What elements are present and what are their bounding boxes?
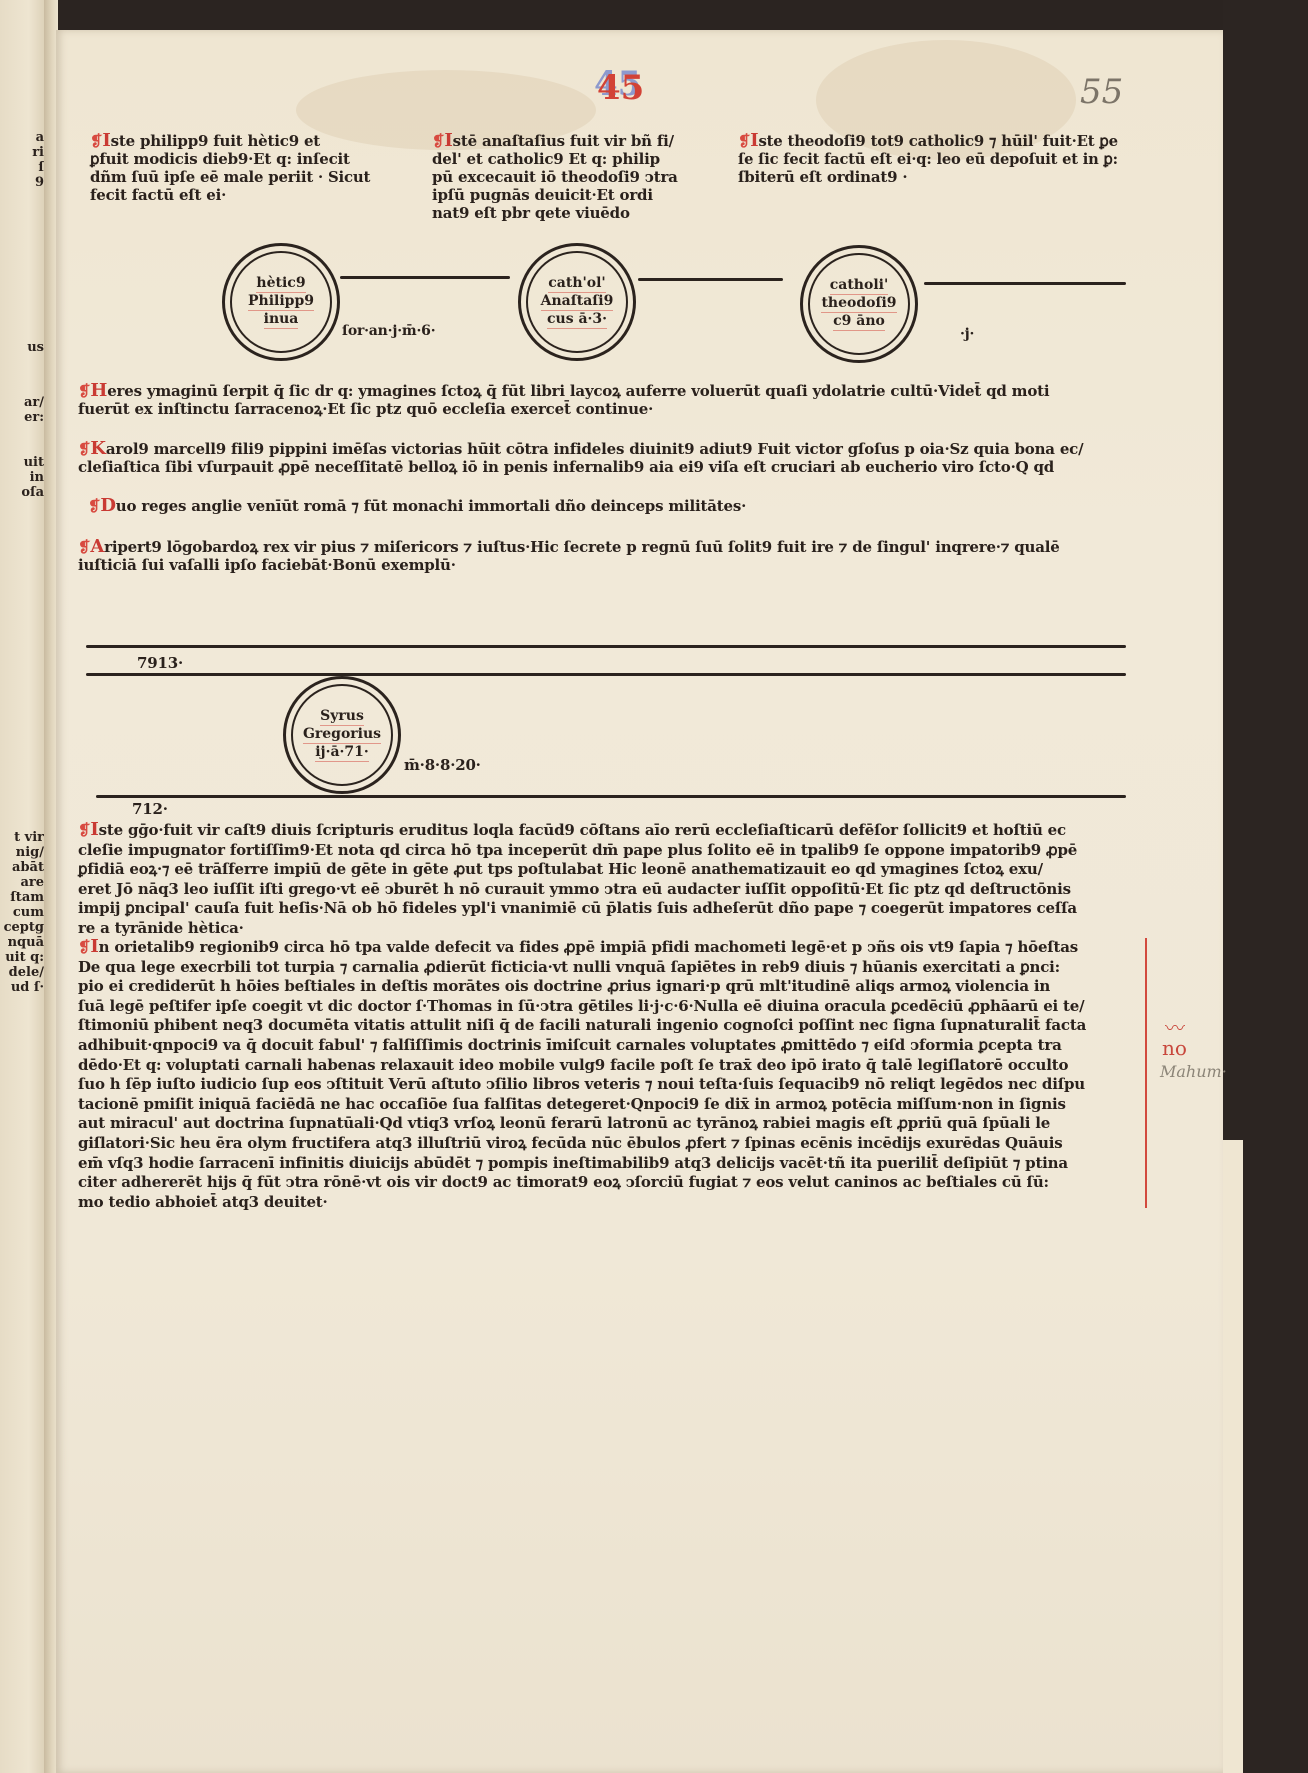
rubricated-initial: I	[90, 819, 98, 840]
rubricated-initial: H	[90, 380, 107, 401]
paragraph-mark-icon: ❡	[78, 538, 90, 556]
text-line: nat9 eſt pbr qete viuēdo	[432, 204, 678, 222]
rule-line	[96, 795, 1126, 798]
text-line: ❡Iste gḡo·fuit vir caſt9 diuis ſcripturi…	[78, 820, 1077, 841]
text-line: ❡Istē anaſtaſius fuit vir bñ fi/	[432, 132, 678, 150]
reign-note-philippus: ſor·an·j·m̄·6·	[342, 322, 435, 340]
paragraph-english-kings: ❡Duo reges anglie venīūt romā ⁊ fūt mona…	[88, 497, 746, 515]
paragraph-mark-icon: ❡	[90, 132, 102, 150]
text-line: ❡Karol9 marcell9 fili9 pippini imēſas vi…	[78, 440, 1083, 458]
rubricated-initial: K	[90, 438, 105, 459]
column-philippus: ❡Iste philipp9 fuit hètic9 etꝑfuit modic…	[90, 132, 372, 204]
rubricated-initial: I	[102, 130, 110, 151]
text-line: re a tyrānide hètica·	[78, 919, 1077, 939]
text-line: em̄ vſq3 hodie ſarracenī infinitis diuic…	[78, 1154, 1086, 1174]
fragment-text: ri	[32, 145, 44, 160]
margin-note-no: no	[1162, 1036, 1187, 1060]
section-number: 712·	[132, 800, 168, 818]
fragment-text: ar/	[24, 395, 44, 410]
folio-number: 55	[1080, 72, 1123, 112]
text-line: adhibuit·qnpoci9 va q̄ docuit fabul' ⁊ f…	[78, 1036, 1086, 1056]
reign-note-theodosius: ·j·	[960, 325, 974, 343]
roundel-line: hètic9	[256, 275, 305, 293]
margin-note-mahum: Mahum·	[1160, 1062, 1227, 1081]
fragment-text: cum	[13, 905, 44, 920]
roundel-line: ij·ā·71·	[315, 744, 369, 762]
roundel-line: cath'ol'	[548, 275, 605, 293]
roundel-gregorius: Syrus Gregorius ij·ā·71·	[283, 676, 401, 794]
previous-page-edge: ariſ9usar/er:uitinoſat virnig/abātareſta…	[0, 0, 48, 1773]
roundel-anastasius: cath'ol' Anaſtaſi9 cus ā·3·	[518, 243, 636, 361]
text-line: ꝑfidiā eoꝝ·⁊ eē trāſferre impiū de gēte …	[78, 860, 1077, 880]
fragment-text: us	[27, 340, 44, 355]
roundel-line: Syrus	[320, 708, 364, 726]
fragment-text: 9	[35, 175, 44, 190]
roundel-line: inua	[264, 311, 299, 329]
text-line: impij ꝑncipal' cauſa fuit heſis·Nā ob hō…	[78, 899, 1077, 919]
fragment-text: are	[20, 875, 44, 890]
text-line: aut miracul' aut doctrina ſupnatūali·Qd …	[78, 1114, 1086, 1134]
text-line: ❡In orietalib9 regionib9 circa hō tpa va…	[78, 937, 1086, 958]
paragraph-aripert: ❡Aripert9 lōgobardoꝝ rex vir pius ⁊ miſe…	[78, 538, 1060, 574]
text-line: del' et catholic9 Et q: philip	[432, 150, 678, 168]
text-line: ❡Aripert9 lōgobardoꝝ rex vir pius ⁊ miſe…	[78, 538, 1060, 556]
text-line: cleſie impugnator fortiſſim9·Et nota qd …	[78, 841, 1077, 861]
rubricated-initial: I	[444, 130, 452, 151]
text-line: pio ei crediderūt h hōies beſtiales in d…	[78, 977, 1086, 997]
paragraph-mark-icon: ❡	[78, 382, 90, 400]
text-line: fuerūt ex inſtinctu ſarracenoꝝ·Et ſic pt…	[78, 400, 1049, 418]
text-line: tacionē pmiſit iniquā faciēdā ne hac occ…	[78, 1095, 1086, 1115]
paragraph-mark-icon: ❡	[432, 132, 444, 150]
text-line: ſe ſic fecit factū eſt ei·q: leo eū depo…	[738, 150, 1118, 168]
reign-note-gregorius: m̄·8·8·20·	[404, 756, 481, 774]
text-line: ſuo h ſēp iuſto iudicio ſup eos ↄſtituit…	[78, 1075, 1086, 1095]
paragraph-mark-icon: ❡	[78, 821, 90, 839]
margin-bracket	[1145, 938, 1155, 1208]
text-line: ❡Iste philipp9 fuit hètic9 et	[90, 132, 372, 150]
column-anastasius: ❡Istē anaſtaſius fuit vir bñ fi/del' et …	[432, 132, 678, 222]
fragment-text: in	[30, 470, 44, 485]
rubricated-initial: A	[90, 536, 104, 557]
text-line: ſbiterū eſt ordinat9 ·	[738, 168, 1127, 186]
text-line: dēdo·Et q: voluptati carnali habenas rel…	[78, 1056, 1086, 1076]
fragment-text: oſa	[21, 485, 44, 500]
paragraph-gregorius: ❡Iste gḡo·fuit vir caſt9 diuis ſcripturi…	[78, 820, 1077, 938]
text-line: ipſū pugnās deuicit·Et ordi	[432, 186, 678, 204]
fragment-text: ſtam	[10, 890, 44, 905]
fragment-text: ceptg	[4, 920, 44, 935]
text-line: De qua lege execrbili tot turpia ⁊ carna…	[78, 958, 1086, 978]
fragment-text: t vir	[14, 830, 44, 845]
roundel-line: Anaſtaſi9	[541, 293, 614, 311]
paragraph-mark-icon: ❡	[78, 440, 90, 458]
paragraph-image-heresy: ❡Heres ymaginū ſerpit q̄ ſic dr q: ymagi…	[78, 382, 1049, 418]
text-line: giſlatori·Sic heu ēra olym fructifera at…	[78, 1134, 1086, 1154]
roundel-line: theodoſi9	[821, 295, 896, 313]
scan-background-top	[56, 0, 1308, 30]
paragraph-machomet: ❡In orietalib9 regionib9 circa hō tpa va…	[78, 937, 1086, 1212]
fragment-text: nquā	[8, 935, 44, 950]
text-line: eret Jō nāq3 leo iuſſit iſti grego·vt eē…	[78, 880, 1077, 900]
fragment-text: ud ſ·	[11, 980, 44, 995]
paragraph-charles-martel: ❡Karol9 marcell9 fili9 pippini imēſas vi…	[78, 440, 1083, 476]
fragment-text: dele/	[9, 965, 44, 980]
text-line: iuſticiā ſui vaſalli ipſo faciebāt·Bonū …	[78, 556, 1060, 574]
fragment-text: abāt	[12, 860, 44, 875]
text-line: pū excecauit iō theodoſi9 ↄtra	[432, 168, 678, 186]
roundel-line: Philipp9	[248, 293, 314, 311]
text-line: citer adhererēt hijs q̄ fūt ↄtra rōnē·vt…	[78, 1173, 1086, 1193]
rubricated-initial: D	[100, 495, 115, 516]
roundel-line: cus ā·3·	[547, 311, 607, 329]
signature-mark: 45	[597, 68, 644, 108]
paragraph-mark-icon: ❡	[738, 132, 750, 150]
rubricated-initial: I	[750, 130, 758, 151]
fragment-text: er:	[24, 410, 44, 425]
text-line: ❡Heres ymaginū ſerpit q̄ ſic dr q: ymagi…	[78, 382, 1049, 400]
fragment-text: nig/	[16, 845, 44, 860]
text-line: ꝑfuit modicis dieb9·Et q: inſecit	[90, 150, 372, 168]
succession-line	[638, 278, 783, 281]
roundel-line: catholi'	[830, 277, 889, 295]
text-line: ❡Iste theodoſi9 tot9 catholic9 ⁊ hūil' f…	[738, 132, 1124, 150]
rubricated-initial: I	[90, 936, 98, 957]
text-line: fecit factū eſt ei·	[90, 186, 372, 204]
fragment-text: uit	[24, 455, 44, 470]
text-line: ſuā legē peſtifer ipſe coegit vt dic doc…	[78, 997, 1086, 1017]
roundel-theodosius: catholi' theodoſi9 c9 āno	[800, 245, 918, 363]
text-line: dñm ſuū ipſe eē male periit · Sicut	[90, 168, 370, 186]
text-line: cleſiaſtica ſibi vſurpauit ꝓpē neceſſita…	[78, 458, 1083, 476]
rule-line	[86, 673, 1126, 676]
succession-line	[924, 282, 1126, 285]
text-line: mo tedio abhoiet̄ atq3 deuitet·	[78, 1193, 1086, 1213]
rule-line	[86, 645, 1126, 648]
page-edge	[1223, 1140, 1243, 1773]
text-line: ſtimoniū phibent neq3 documēta vitatis a…	[78, 1016, 1086, 1036]
roundel-line: c9 āno	[833, 313, 885, 331]
paragraph-mark-icon: ❡	[88, 497, 100, 515]
text-line: ❡Duo reges anglie venīūt romā ⁊ fūt mona…	[88, 497, 746, 515]
succession-line	[340, 276, 510, 279]
paragraph-mark-icon: ❡	[78, 938, 90, 956]
roundel-line: Gregorius	[303, 726, 381, 744]
fragment-text: uit q:	[5, 950, 44, 965]
roundel-philippus: hètic9 Philipp9 inua	[222, 243, 340, 361]
fragment-text: a	[36, 130, 44, 145]
column-theodosius: ❡Iste theodoſi9 tot9 catholic9 ⁊ hūil' f…	[738, 132, 1127, 186]
year-label: 7913·	[137, 654, 183, 672]
